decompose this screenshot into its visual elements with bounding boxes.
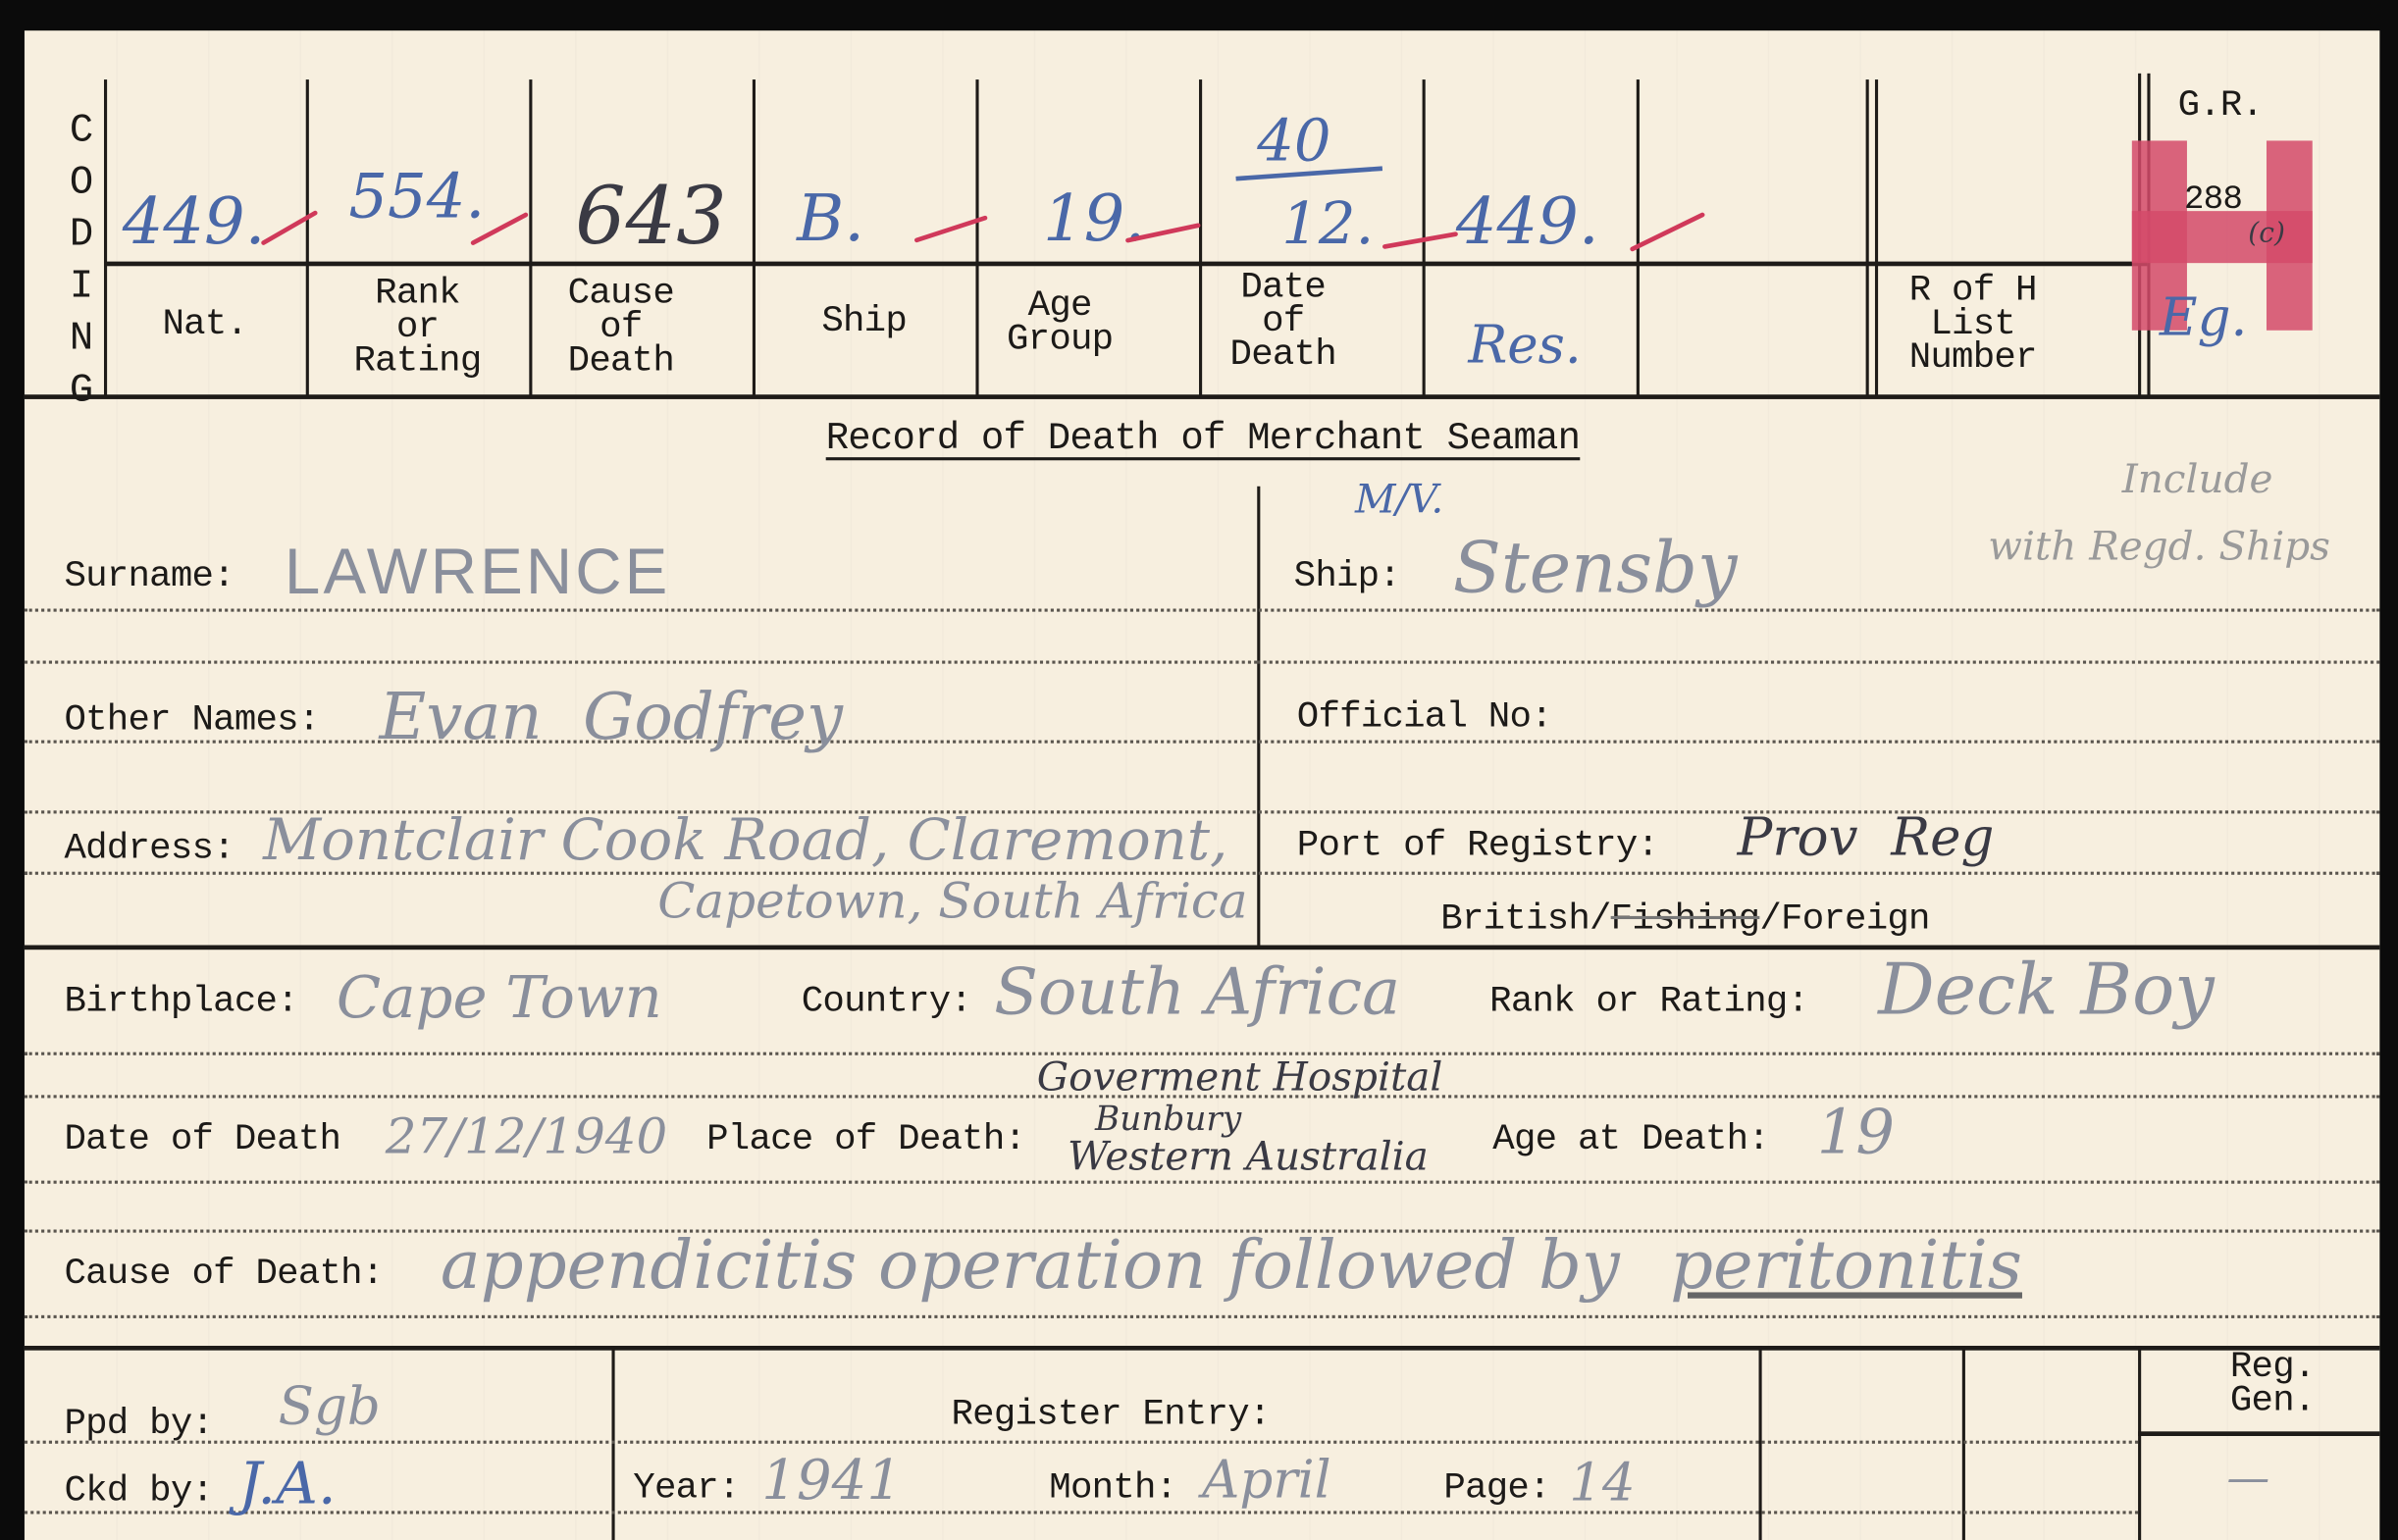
divider (1866, 79, 1869, 397)
header-rank-or-rating: Rank or Rating (306, 279, 530, 380)
page-title: Record of Death of Merchant Seaman (826, 416, 1581, 460)
age-at-death-label: Age at Death: (1492, 1119, 1769, 1160)
header-date-of-death: Date of Death (1199, 273, 1367, 374)
page-label: Page: (1443, 1468, 1549, 1510)
code-nat: 449. (123, 183, 266, 258)
rule (25, 741, 2379, 744)
page-value: 14 (1569, 1453, 1635, 1514)
ship-value: Stensby (1453, 526, 1738, 608)
birthplace-label: Birthplace: (64, 982, 297, 1023)
registry-type: British/Fishing/Foreign (1440, 899, 1929, 941)
check-mark-icon (1630, 212, 1706, 252)
divider (104, 262, 2147, 267)
rank-or-rating-label: Rank or Rating: (1489, 982, 1808, 1023)
code-ship: B. (797, 180, 864, 255)
gr-number: 288 (2184, 180, 2242, 219)
record-card: C O D I N G 449. 554. 643 B. 19. 40 12. … (25, 30, 2379, 1540)
code-date-bottom: 12. (1281, 189, 1374, 257)
place-of-death-label: Place of Death: (706, 1119, 1025, 1160)
rank-or-rating-value: Deck Boy (1878, 949, 2215, 1031)
header-ship: Ship (753, 306, 976, 339)
address-line1: Montclair Cook Road, Claremont, (263, 807, 1227, 873)
port-of-registry-label: Port of Registry: (1297, 826, 1658, 867)
place-of-death-line1: Goverment Hospital (1037, 1055, 1443, 1102)
rule (25, 609, 2379, 612)
year-value: 1941 (761, 1450, 902, 1513)
cause-of-death-label: Cause of Death: (64, 1254, 383, 1295)
gr-initials: Eg. (2160, 287, 2247, 348)
ship-label: Ship: (1294, 557, 1400, 598)
country-value: South Africa (994, 954, 1400, 1029)
gr-suffix: (c) (2248, 217, 2285, 249)
ckd-by-label: Ckd by: (64, 1471, 213, 1513)
header-r-of-h-list-number: R of H List Number (1875, 276, 2071, 377)
gr-label: G.R. (2178, 85, 2264, 127)
divider (104, 79, 107, 397)
header-age-group: Age Group (975, 290, 1143, 358)
rule (25, 1511, 2138, 1514)
age-at-death-value: 19 (1817, 1098, 1895, 1168)
port-of-registry-value: Prov Reg (1738, 807, 1995, 868)
place-of-death-line2: Bunbury (1095, 1102, 1241, 1140)
divider (2138, 1431, 2379, 1436)
country-label: Country: (802, 982, 971, 1023)
reg-gen-label: Reg. Gen. (2196, 1352, 2349, 1419)
res-note: Res. (1468, 315, 1581, 376)
code-date-top: 40 (1257, 107, 1330, 175)
month-label: Month: (1049, 1468, 1176, 1510)
code-rank: 554. (348, 162, 485, 232)
coding-vertical-label: C O D I N G (61, 104, 101, 416)
ppd-by-label: Ppd by: (64, 1404, 213, 1445)
code-res: 449. (1456, 183, 1599, 258)
cause-of-death-value: appendicitis operation followed by (441, 1226, 1620, 1305)
address-line2: Capetown, South Africa (657, 872, 1247, 930)
registry-type-fishing-struck: Fishing (1611, 899, 1760, 941)
check-mark-icon (260, 210, 318, 246)
other-names-value: Evan Godfrey (380, 679, 843, 753)
divider (1637, 79, 1640, 397)
other-names-label: Other Names: (64, 700, 319, 742)
date-of-death-value: 27/12/1940 (386, 1107, 667, 1165)
reg-gen-value: — (2226, 1453, 2269, 1503)
year-label: Year: (633, 1468, 739, 1510)
rule (25, 1315, 2379, 1318)
rule (25, 1441, 2138, 1444)
divider (2138, 1346, 2141, 1540)
margin-note: Include with Regd. Ships (1988, 446, 2330, 581)
ppd-by-value: Sgb (279, 1376, 381, 1437)
address-label: Address: (64, 829, 234, 870)
place-of-death-line3: Western Australia (1068, 1135, 1429, 1181)
ckd-by-value: J.A. (238, 1450, 337, 1517)
check-mark-icon (1382, 231, 1459, 249)
divider (1257, 487, 1260, 946)
header-nat: Nat. (104, 309, 306, 342)
code-cause: 643 (575, 172, 727, 264)
code-age: 19. (1043, 180, 1145, 255)
header-cause-of-death: Cause of Death (529, 279, 712, 380)
divider (25, 1346, 2379, 1351)
month-value: April (1202, 1450, 1330, 1511)
surname-value: LAWRENCE (285, 536, 671, 609)
ship-prefix: M/V. (1355, 477, 1443, 523)
register-entry-label: Register Entry: (952, 1395, 1271, 1436)
rule (25, 1181, 2379, 1184)
official-no-label: Official No: (1297, 697, 1552, 739)
rule (25, 661, 1257, 664)
date-of-death-label: Date of Death (64, 1119, 340, 1160)
birthplace-value: Cape Town (337, 963, 662, 1031)
cause-of-death-underlined: peritonitis (1670, 1226, 2022, 1305)
rule (1257, 661, 2379, 664)
divider (25, 394, 2379, 399)
surname-label: Surname: (64, 557, 234, 598)
divider (753, 79, 756, 397)
